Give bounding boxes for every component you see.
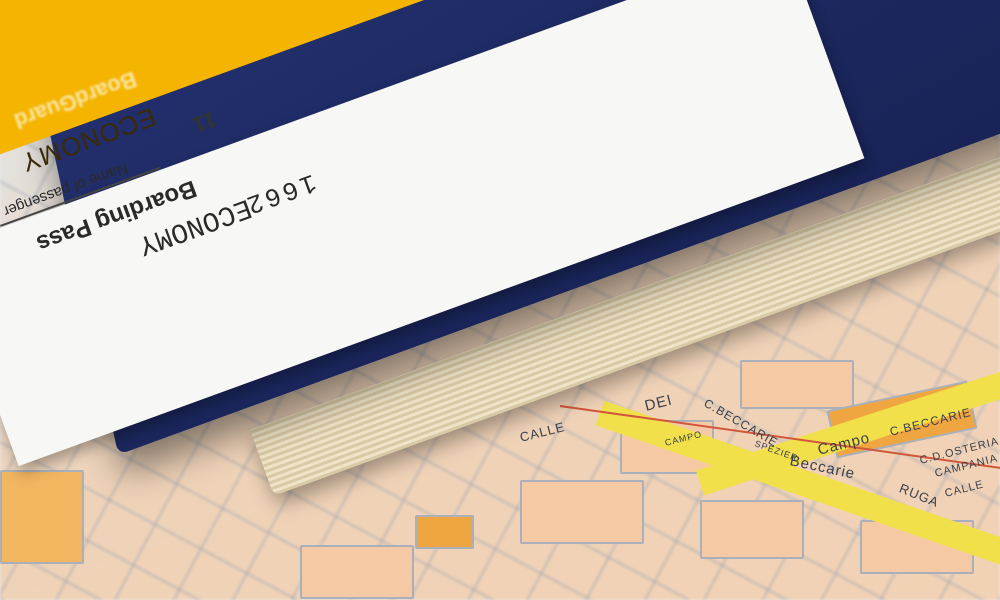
map-block-highlight	[415, 515, 474, 549]
map-block	[700, 500, 804, 559]
map-block	[0, 470, 84, 564]
map-block	[300, 545, 414, 599]
map-block	[740, 360, 854, 409]
map-block	[520, 480, 644, 544]
